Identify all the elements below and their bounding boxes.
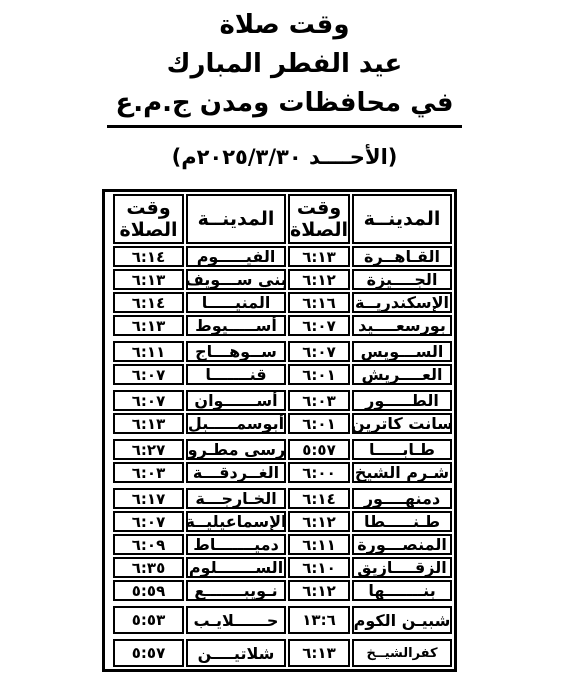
city-prayer-time: ٥:٥٧ [113,639,184,667]
city-name: بني ســـويف [186,269,286,290]
table-row: القـاهــرة ٦:١٣ الفيـــــوم ٦:١٤ [107,246,452,267]
title-block: وقت صلاة عيد الفطر المبارك في محافظات وم… [0,0,569,169]
city-prayer-time: ٦:١٣ [113,315,184,336]
city-prayer-time: ٦:٢٧ [113,439,184,460]
city-prayer-time: ٦:٣٥ [113,557,184,578]
header-time-label-line1: وقت [126,197,170,219]
governorate-name: طـابـــــا [352,439,452,460]
city-prayer-time: ٦:١٧ [113,488,184,509]
governorate-prayer-time: ٦:٠٠ [288,462,350,483]
header-time-label-line2: الصلاة [290,219,348,241]
table-row: كفرالشيــخ ٦:١٣ شلاتيــــن ٥:٥٧ [107,639,452,667]
governorate-prayer-time: ٦:١٤ [288,488,350,509]
governorate-prayer-time: ٦:١٣ [288,639,350,667]
header-time-label-line2: الصلاة [120,219,178,241]
table-row: الإسكندريــة ٦:١٦ المنيـــــا ٦:١٤ [107,292,452,313]
city-name: ســوهـــاج [186,341,286,362]
city-prayer-time: ٦:١١ [113,341,184,362]
title-line-3-text: في محافظات ومدن ج.م.ع [107,84,461,128]
governorate-name: طـنـــــطا [352,511,452,532]
governorate-prayer-time: ٦:٠١ [288,413,350,434]
city-prayer-time: ٦:٠٧ [113,511,184,532]
table-row: الجــــيزة ٦:١٢ بني ســـويف ٦:١٣ [107,269,452,290]
table-row: بنـــــــها ٦:١٢ نـويبـــــــع ٥:٥٩ [107,580,452,601]
governorate-name: العــــريش [352,364,452,385]
governorate-name: بورسعــــيد [352,315,452,336]
city-name: الســـــــلوم [186,557,286,578]
city-name: مرسى مطـروح [186,439,286,460]
city-name: الفيـــــوم [186,246,286,267]
city-name: قنـــــــا [186,364,286,385]
header-governorate-label: المدينــة [364,208,441,230]
table-row: طـنـــــطا ٦:١٢ الإسماعيليــة ٦:٠٧ [107,511,452,532]
city-prayer-time: ٦:٠٩ [113,534,184,555]
table-row: الزقــــازيق ٦:١٠ الســـــــلوم ٦:٣٥ [107,557,452,578]
governorate-prayer-time: ٦:٠٧ [288,315,350,336]
governorate-name: الطـــــور [352,390,452,411]
city-prayer-time: ٦:٠٣ [113,462,184,483]
governorate-prayer-time: ٦:١٣ [288,246,350,267]
governorate-prayer-time: ٦:١٢ [288,269,350,290]
governorate-name: سانت كاترين [352,413,452,434]
city-prayer-time: ٦:٠٧ [113,390,184,411]
city-prayer-time: ٦:١٣ [113,269,184,290]
governorate-prayer-time: ٦:١١ [288,534,350,555]
city-prayer-time: ٥:٥٣ [113,606,184,634]
table-row: طـابـــــا ٥:٥٧ مرسى مطـروح ٦:٢٧ [107,439,452,460]
governorate-prayer-time: ١٣:٦ [288,606,350,634]
table-row: دمنهــــور ٦:١٤ الخـارجـــة ٦:١٧ [107,488,452,509]
governorate-name: الســـويس [352,341,452,362]
header-city-time-column: وقت الصلاة [113,194,184,244]
city-name: أســــــوان [186,390,286,411]
title-line-1: وقت صلاة [0,6,569,45]
governorate-prayer-time: ٦:٠١ [288,364,350,385]
city-prayer-time: ٦:٠٧ [113,364,184,385]
governorate-prayer-time: ٦:١٠ [288,557,350,578]
city-name: الإسماعيليــة [186,511,286,532]
city-name: نـويبـــــــع [186,580,286,601]
city-name: الخـارجـــة [186,488,286,509]
governorate-name: المنصـــورة [352,534,452,555]
header-governorate-time-column: وقت الصلاة [288,194,350,244]
table-row: العــــريش ٦:٠١ قنـــــــا ٦:٠٧ [107,364,452,385]
table-row: شبيـن الكوم ١٣:٦ حــــــلايـب ٥:٥٣ [107,606,452,634]
title-line-2: عيد الفطر المبارك [0,45,569,84]
city-prayer-time: ٦:١٤ [113,246,184,267]
governorate-name: بنـــــــها [352,580,452,601]
city-name: الغــردقـــة [186,462,286,483]
governorate-prayer-time: ٦:٠٣ [288,390,350,411]
city-name: حــــــلايـب [186,606,286,634]
city-name: المنيـــــا [186,292,286,313]
governorate-prayer-time: ٥:٥٧ [288,439,350,460]
governorate-prayer-time: ٦:١٢ [288,511,350,532]
city-prayer-time: ٦:١٣ [113,413,184,434]
table-header-row: المدينــة وقت الصلاة المدينــة وقت الصلا… [107,194,452,244]
city-name: شلاتيــــن [186,639,286,667]
table-row: شـرم الشيخ ٦:٠٠ الغــردقـــة ٦:٠٣ [107,462,452,483]
governorate-name: الزقــــازيق [352,557,452,578]
governorate-name: دمنهــــور [352,488,452,509]
governorate-name: الإسكندريــة [352,292,452,313]
governorate-name: شـرم الشيخ [352,462,452,483]
governorate-name: القـاهــرة [352,246,452,267]
governorate-name: الجــــيزة [352,269,452,290]
city-prayer-time: ٦:١٤ [113,292,184,313]
governorate-name: كفرالشيــخ [352,639,452,667]
header-time-label-line1: وقت [297,197,341,219]
table-row: الطـــــور ٦:٠٣ أســــــوان ٦:٠٧ [107,390,452,411]
city-prayer-time: ٥:٥٩ [113,580,184,601]
governorate-prayer-time: ٦:١٢ [288,580,350,601]
date-line: (الأحــــد ٢٠٢٥/٣/٣٠م) [0,145,569,169]
header-city-column: المدينــة [186,194,286,244]
title-line-3: في محافظات ومدن ج.م.ع [0,84,569,128]
city-name: دميـــــــاط [186,534,286,555]
governorate-name: شبيـن الكوم [352,606,452,634]
header-governorate-column: المدينــة [352,194,452,244]
table-row: سانت كاترين ٦:٠١ أبوسمـــــبل ٦:١٣ [107,413,452,434]
table-row: المنصـــورة ٦:١١ دميـــــــاط ٦:٠٩ [107,534,452,555]
governorate-prayer-time: ٦:٠٧ [288,341,350,362]
prayer-times-table: المدينــة وقت الصلاة المدينــة وقت الصلا… [102,189,457,672]
city-name: أســـــيوط [186,315,286,336]
table-row: الســـويس ٦:٠٧ ســوهـــاج ٦:١١ [107,341,452,362]
table-row: بورسعــــيد ٦:٠٧ أســـــيوط ٦:١٣ [107,315,452,336]
document-page: وقت صلاة عيد الفطر المبارك في محافظات وم… [0,0,569,673]
city-name: أبوسمـــــبل [186,413,286,434]
header-city-label: المدينــة [198,208,275,230]
governorate-prayer-time: ٦:١٦ [288,292,350,313]
